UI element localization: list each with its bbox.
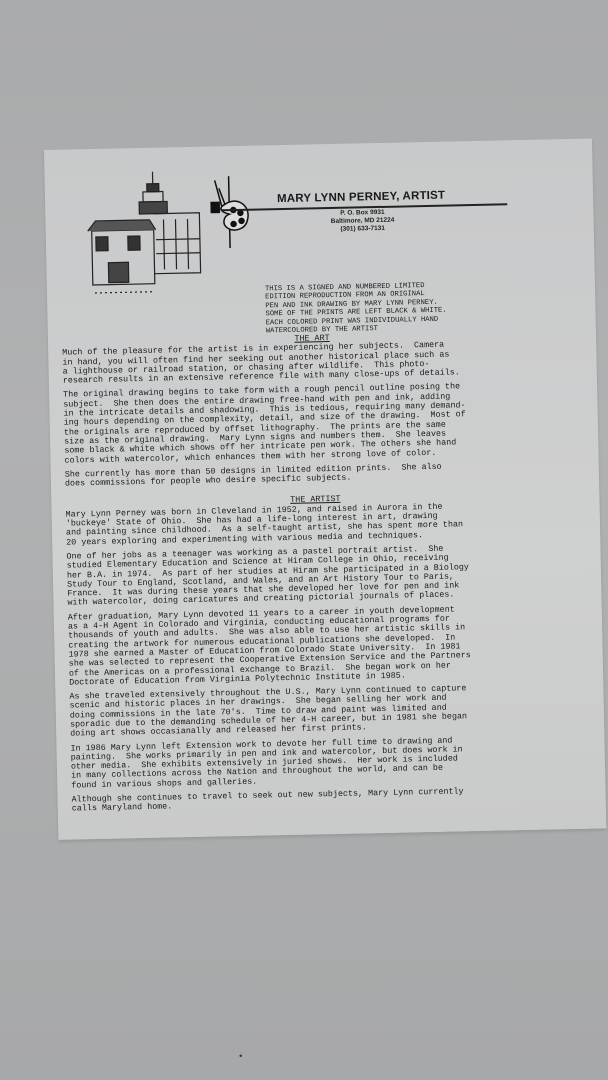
edition-notice: THIS IS A SIGNED AND NUMBERED LIMITED ED… [265, 282, 447, 336]
section-the-artist: THE ARTIST Mary Lynn Perney was born in … [65, 491, 571, 815]
document-page: MARY LYNN PERNEY, ARTIST P. O. Box 9931 … [44, 139, 606, 840]
surface-mark: • [238, 1052, 243, 1062]
paragraph: She currently has more than 50 designs i… [65, 460, 565, 489]
document-body: THE ART Much of the pleasure for the art… [62, 329, 572, 819]
artist-name: MARY LYNN PERNEY, ARTIST [277, 188, 509, 205]
address-block: P. O. Box 9931 Baltimore, MD 21224 (301)… [277, 208, 447, 236]
paragraph: As she traveled extensively throughout t… [69, 682, 570, 739]
paragraph: The original drawing begins to take form… [63, 381, 564, 466]
paragraph: In 1986 Mary Lynn left Extension work to… [70, 734, 571, 791]
paragraph: Mary Lynn Perney was born in Cleveland i… [66, 500, 567, 548]
section-the-art: THE ART Much of the pleasure for the art… [62, 329, 565, 489]
paragraph: Much of the pleasure for the artist is i… [62, 338, 563, 386]
paragraph: One of her jobs as a teenager was workin… [66, 542, 567, 608]
artist-palette-icon [207, 176, 252, 249]
paragraph: After graduation, Mary Lynn devoted 11 y… [68, 603, 569, 688]
paragraph: Although she continues to travel to seek… [72, 785, 572, 814]
letterhead: MARY LYNN PERNEY, ARTIST P. O. Box 9931 … [277, 188, 510, 235]
historic-building-sketch-icon [82, 169, 207, 300]
